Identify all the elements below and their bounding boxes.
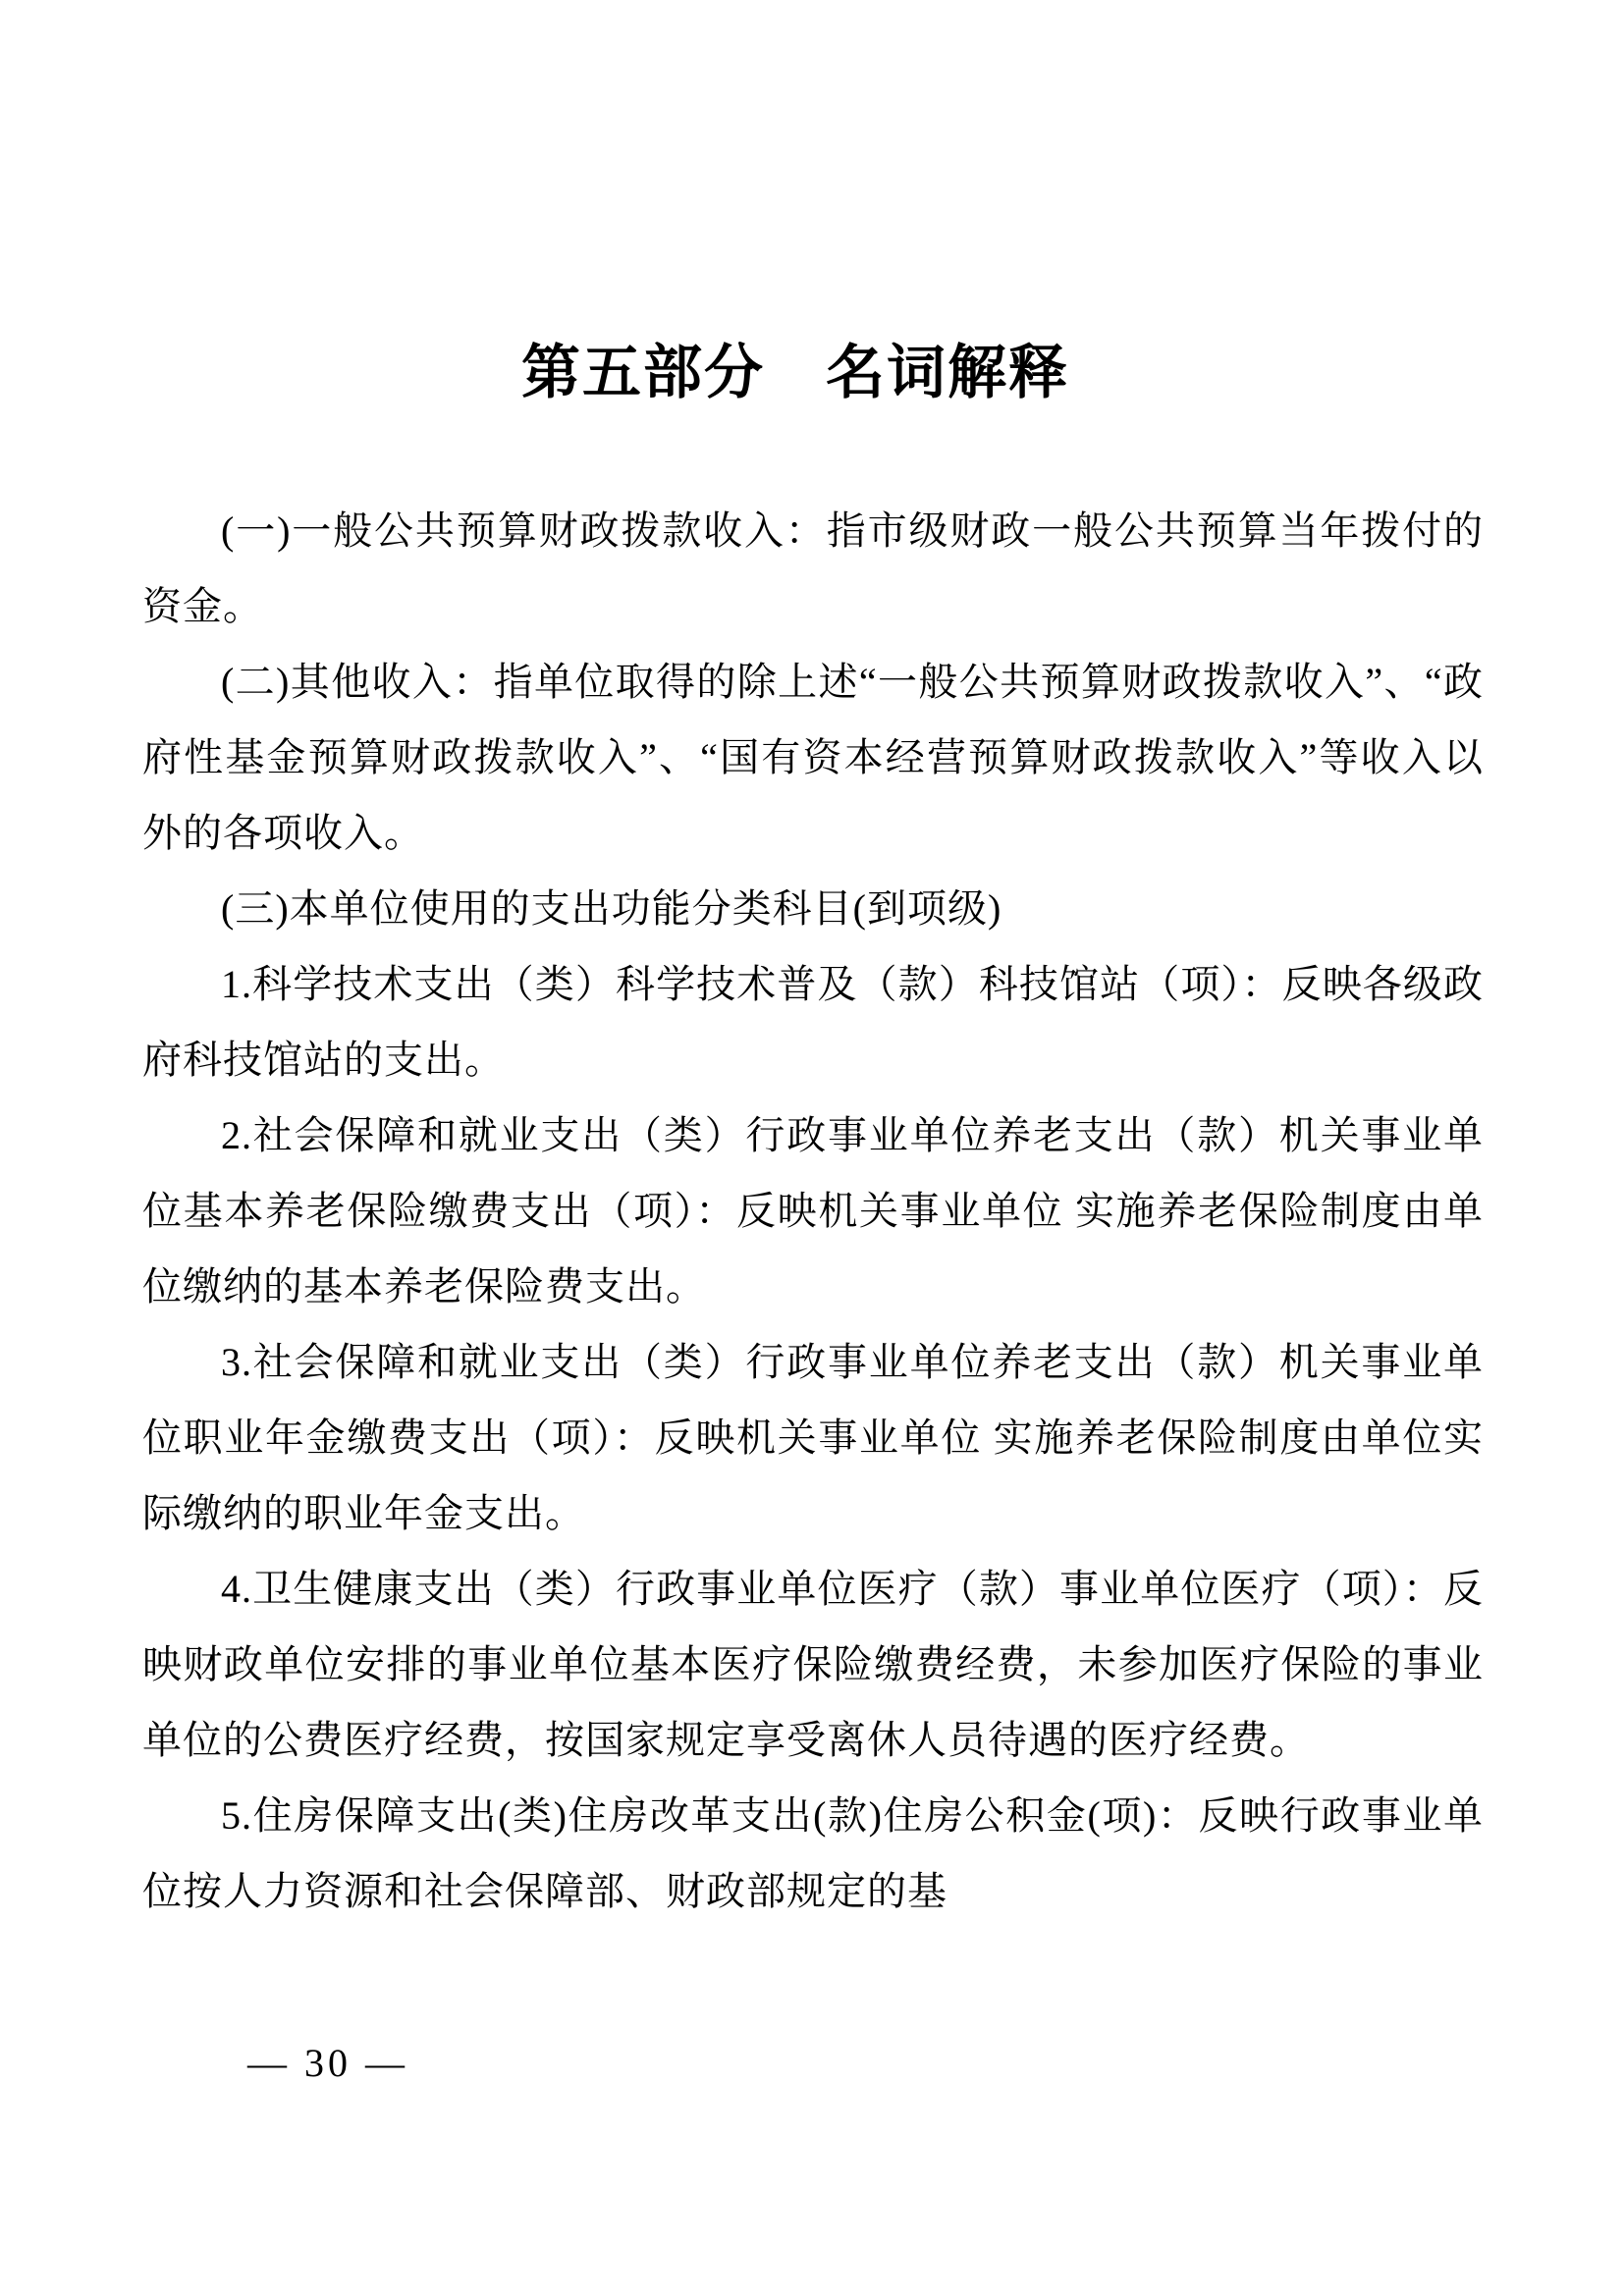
paragraph-expenditure-classification-heading: (三)本单位使用的支出功能分类科目(到项级): [142, 871, 1484, 946]
paragraph-item-5-housing: 5.住房保障支出(类)住房改革支出(款)住房公积金(项)：反映行政事业单位按人力…: [142, 1778, 1484, 1929]
page-title: 第五部分 名词解释: [0, 326, 1591, 410]
paragraph-item-2-basic-pension: 2.社会保障和就业支出（类）行政事业单位养老支出（款）机关事业单位基本养老保险缴…: [142, 1097, 1484, 1324]
paragraph-item-3-occupational-annuity: 3.社会保障和就业支出（类）行政事业单位养老支出（款）机关事业单位职业年金缴费支…: [142, 1324, 1484, 1551]
paragraph-item-1-science-technology: 1.科学技术支出（类）科学技术普及（款）科技馆站（项）：反映各级政府科技馆站的支…: [142, 946, 1484, 1097]
paragraph-item-4-health: 4.卫生健康支出（类）行政事业单位医疗（款）事业单位医疗（项）：反映财政单位安排…: [142, 1551, 1484, 1778]
document-body: (一)一般公共预算财政拨款收入：指市级财政一般公共预算当年拨付的资金。 (二)其…: [142, 493, 1484, 1929]
document-page: 第五部分 名词解释 (一)一般公共预算财政拨款收入：指市级财政一般公共预算当年拨…: [0, 0, 1624, 2296]
page-number: — 30 —: [247, 2040, 408, 2087]
paragraph-other-income: (二)其他收入：指单位取得的除上述“一般公共预算财政拨款收入”、“政府性基金预算…: [142, 644, 1484, 871]
paragraph-general-public-budget-income: (一)一般公共预算财政拨款收入：指市级财政一般公共预算当年拨付的资金。: [142, 493, 1484, 644]
